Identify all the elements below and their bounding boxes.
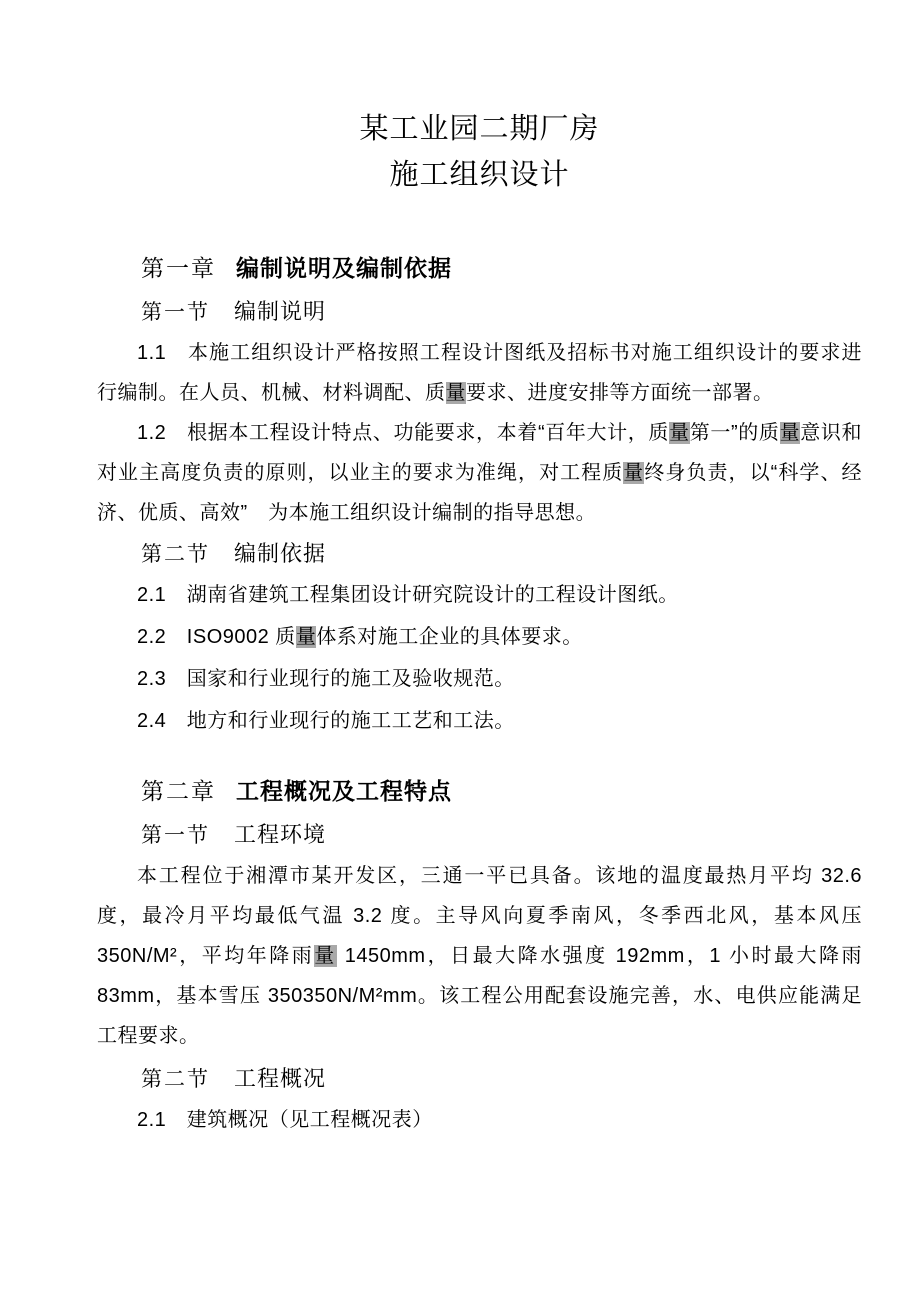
list-item-building-overview: 2.1 建筑概况（见工程概况表） (97, 1100, 862, 1140)
section-number: 第一节 (141, 300, 210, 324)
section-number: 第二节 (141, 542, 210, 566)
chapter-2-section-2-heading: 第二节工程概况 (97, 1058, 862, 1100)
chapter-1-number: 第一章 (141, 256, 216, 281)
chapter-1-title: 编制说明及编制依据 (236, 255, 452, 281)
section-title: 编制说明 (234, 299, 326, 324)
section-number: 第一节 (141, 823, 210, 847)
document-title-line2: 施工组织设计 (97, 152, 862, 198)
chapter-2-section-1-heading: 第一节工程环境 (97, 814, 862, 856)
document-title: 某工业园二期厂房 施工组织设计 (97, 106, 862, 198)
chapter-1-section-2-heading: 第二节编制依据 (97, 533, 862, 575)
section-number: 第二节 (141, 1067, 210, 1091)
section-title: 工程环境 (234, 822, 326, 847)
chapter-1-heading: 第一章编制说明及编制依据 (97, 246, 862, 291)
section-title: 编制依据 (234, 541, 326, 566)
list-item-2-4: 2.4 地方和行业现行的施工工艺和工法。 (97, 701, 862, 741)
paragraph-1-2: 1.2 根据本工程设计特点、功能要求，本着“百年大计，质量第一”的质量意识和对业… (97, 413, 862, 533)
document-page: 某工业园二期厂房 施工组织设计 第一章编制说明及编制依据 第一节编制说明 1.1… (0, 0, 920, 1302)
paragraph-environment: 本工程位于湘潭市某开发区，三通一平已具备。该地的温度最热月平均 32.6 度，最… (97, 856, 862, 1056)
chapter-2-number: 第二章 (141, 779, 216, 804)
chapter-2-title: 工程概况及工程特点 (236, 778, 452, 804)
list-item-2-3: 2.3 国家和行业现行的施工及验收规范。 (97, 659, 862, 699)
chapter-2-heading: 第二章工程概况及工程特点 (97, 769, 862, 814)
list-item-2-1: 2.1 湖南省建筑工程集团设计研究院设计的工程设计图纸。 (97, 575, 862, 615)
list-item-2-2: 2.2 ISO9002 质量体系对施工企业的具体要求。 (97, 617, 862, 657)
paragraph-1-1: 1.1 本施工组织设计严格按照工程设计图纸及招标书对施工组织设计的要求进行编制。… (97, 333, 862, 413)
chapter-1-section-1-heading: 第一节编制说明 (97, 291, 862, 333)
section-title: 工程概况 (234, 1066, 326, 1091)
document-title-line1: 某工业园二期厂房 (97, 106, 862, 152)
